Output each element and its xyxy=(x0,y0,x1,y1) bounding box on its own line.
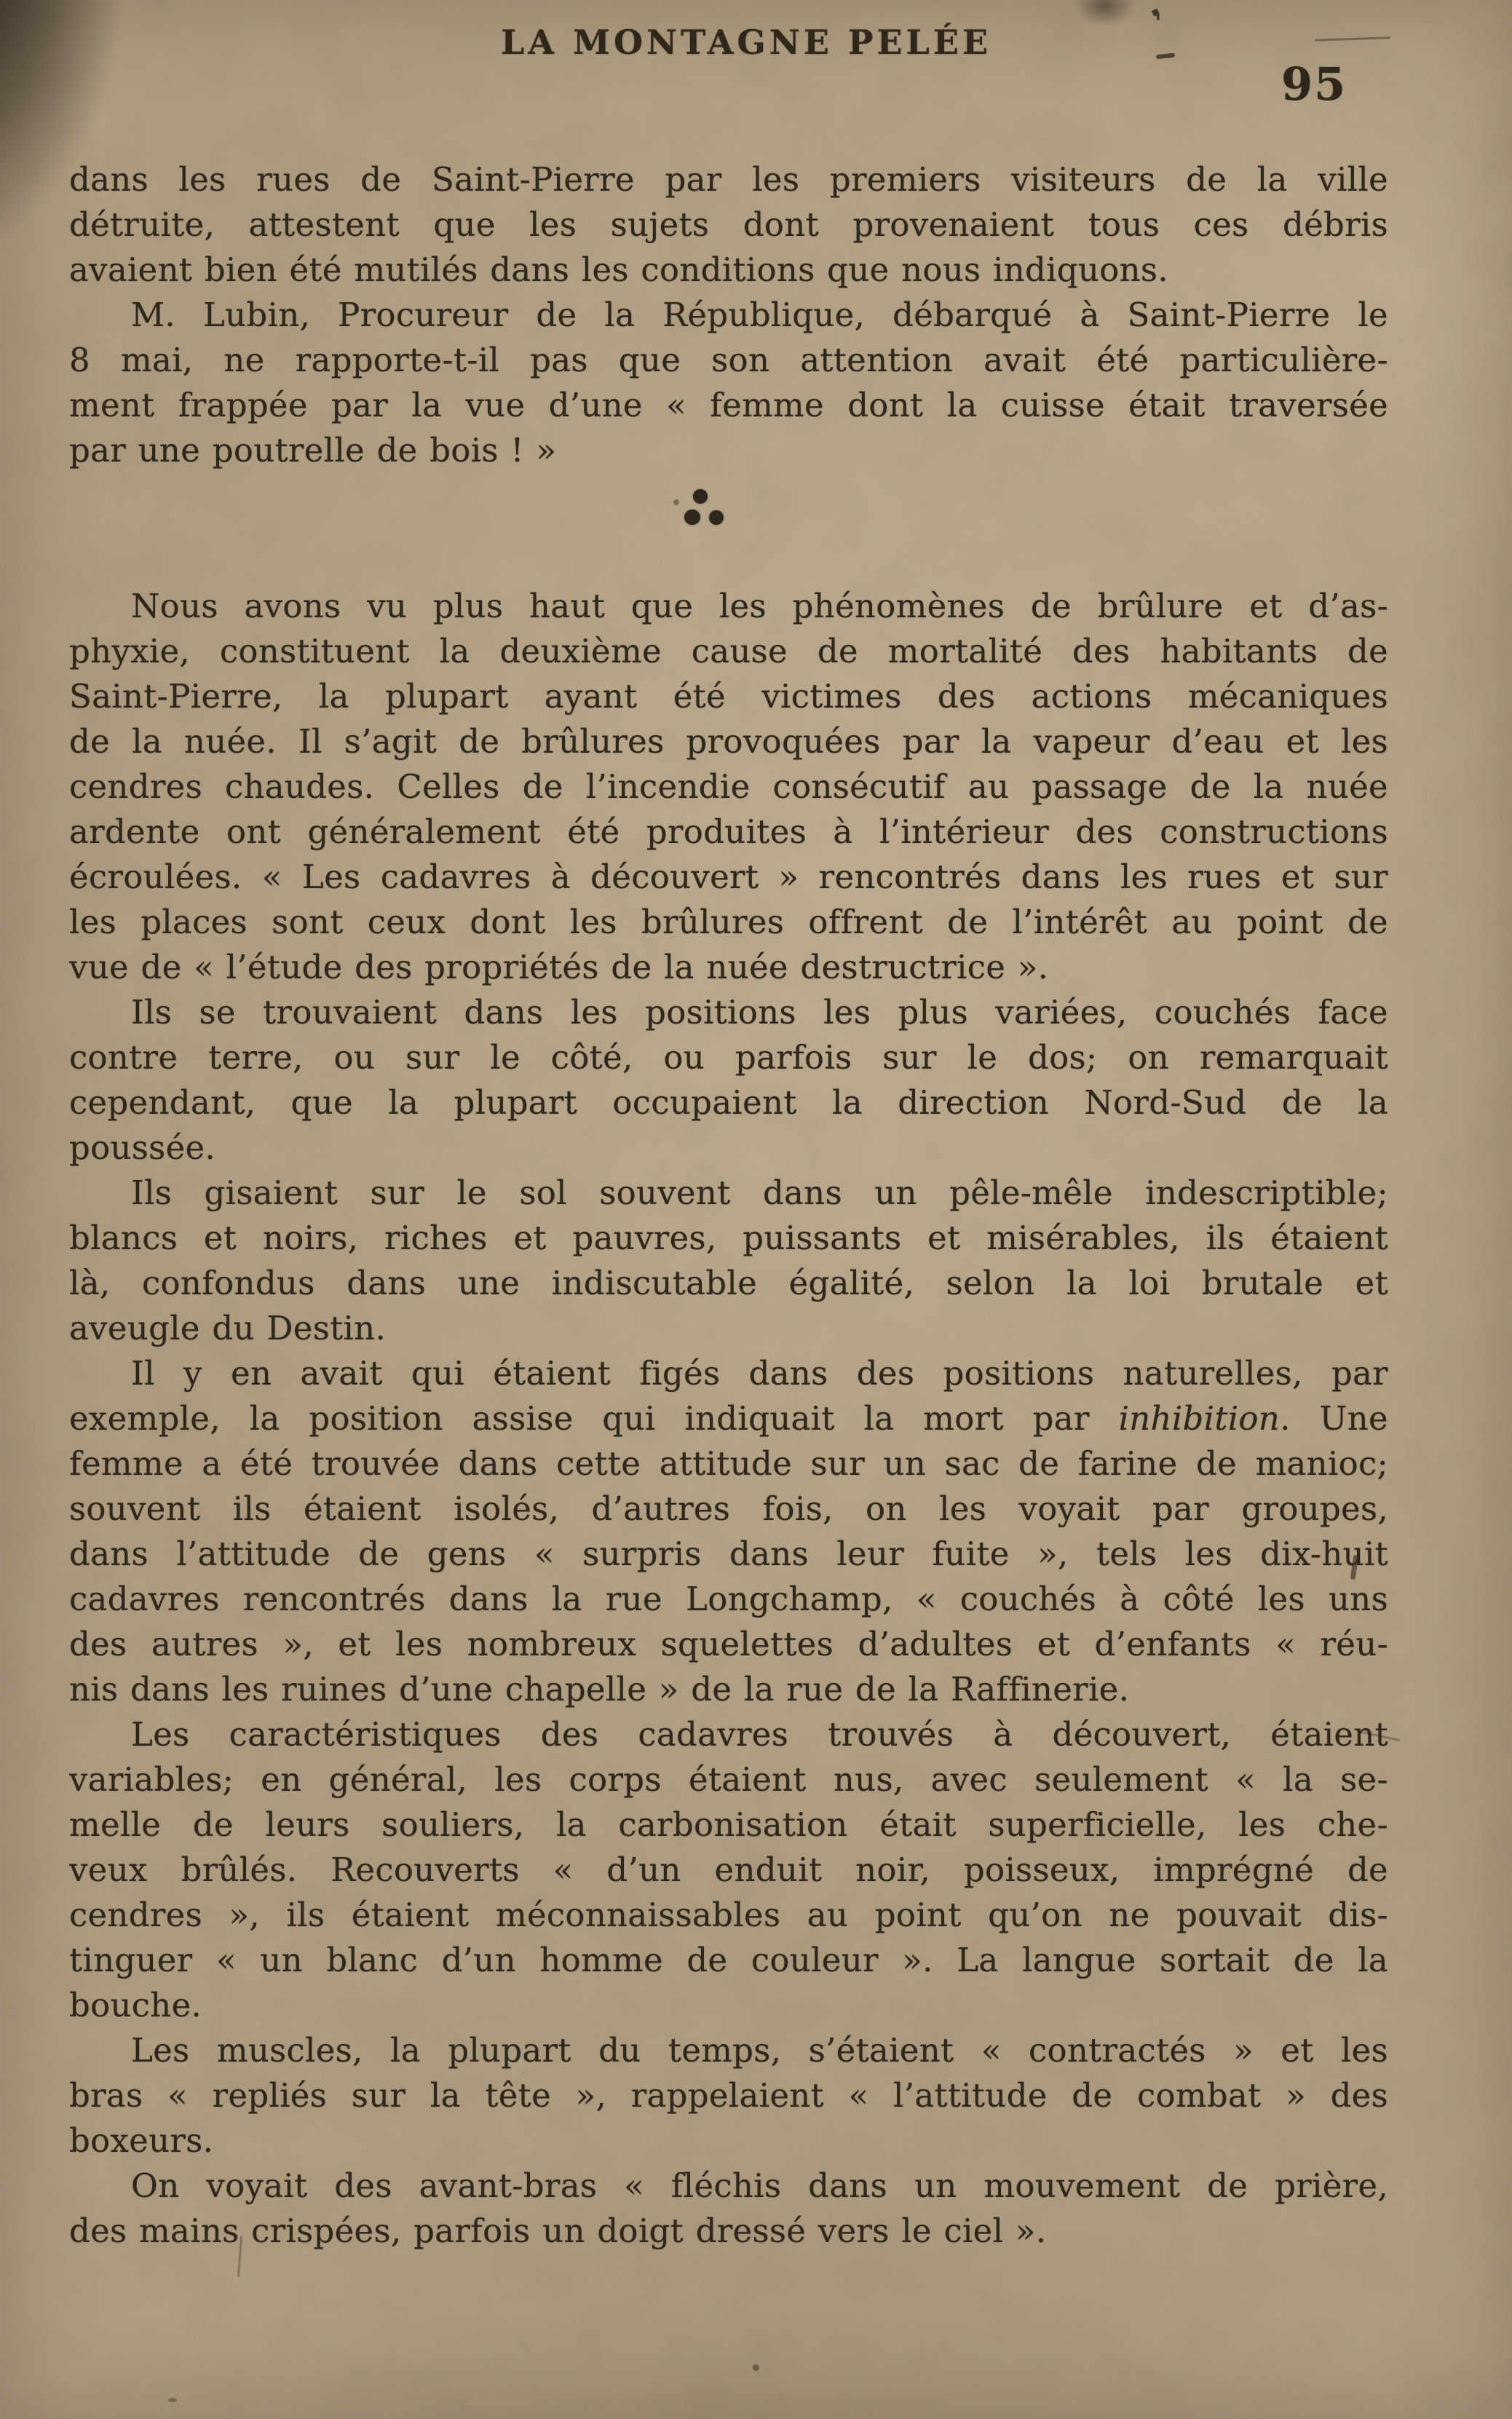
text-line: vue de « l’étude des propriétés de la nu… xyxy=(69,945,1388,990)
text-line: cependant, que la plupart occupaient la … xyxy=(69,1080,1388,1125)
text-line: Les caractéristiques des cadavres trouvé… xyxy=(69,1712,1388,1757)
stray-mark: ❜ xyxy=(1148,4,1172,39)
book-page: LA MONTAGNE PELÉE 95 dans les rues de Sa… xyxy=(0,0,1512,2419)
section-separator xyxy=(69,473,1388,584)
text-line: phyxie, constituent la deuxième cause de… xyxy=(69,629,1388,674)
text-line: femme a été trouvée dans cette attitude … xyxy=(69,1441,1388,1486)
paragraph: Ils se trouvaient dans les positions les… xyxy=(69,990,1388,1171)
text-line: Ils se trouvaient dans les positions les… xyxy=(69,990,1388,1035)
text-line: bouche. xyxy=(69,1983,1388,2028)
paragraph: Les muscles, la plupart du temps, s’étai… xyxy=(69,2028,1388,2163)
text-line: cendres chaudes. Celles de l’incendie co… xyxy=(69,764,1388,809)
text-line: M. Lubin, Procureur de la République, dé… xyxy=(69,293,1388,338)
text-line: cendres », ils étaient méconnaissables a… xyxy=(69,1893,1388,1938)
asterism-dot xyxy=(693,489,708,504)
text-line: Il y en avait qui étaient figés dans des… xyxy=(69,1351,1388,1396)
stray-mark xyxy=(1315,36,1390,41)
text-line: ment frappée par la vue d’une « femme do… xyxy=(69,383,1388,428)
text-line: contre terre, ou sur le côté, ou parfois… xyxy=(69,1035,1388,1080)
text-line: veux brûlés. Recouverts « d’un enduit no… xyxy=(69,1848,1388,1893)
text-line: nis dans les ruines d’une chapelle » de … xyxy=(69,1667,1388,1712)
text-line: les places sont ceux dont les brûlures o… xyxy=(69,900,1388,945)
asterism-dot xyxy=(684,510,700,525)
stray-mark xyxy=(1156,53,1175,60)
text-line: boxeurs. xyxy=(69,2118,1388,2163)
text-line: dans l’attitude de gens « surpris dans l… xyxy=(69,1532,1388,1577)
text-line: variables; en général, les corps étaient… xyxy=(69,1757,1388,1802)
text-line: Les muscles, la plupart du temps, s’étai… xyxy=(69,2028,1388,2073)
text-line: des autres », et les nombreux squelettes… xyxy=(69,1622,1388,1667)
text-line: Ils gisaient sur le sol souvent dans un … xyxy=(69,1171,1388,1216)
text-line: tinguer « un blanc d’un homme de couleur… xyxy=(69,1938,1388,1983)
paragraph: M. Lubin, Procureur de la République, dé… xyxy=(69,293,1388,473)
paragraph: Ils gisaient sur le sol souvent dans un … xyxy=(69,1171,1388,1351)
text-line: aveugle du Destin. xyxy=(69,1306,1388,1351)
asterism-dot xyxy=(709,510,724,525)
text-line: Nous avons vu plus haut que les phénomèn… xyxy=(69,584,1388,629)
text-line: de la nuée. Il s’agit de brûlures provoq… xyxy=(69,719,1388,764)
text-line: souvent ils étaient isolés, d’autres foi… xyxy=(69,1486,1388,1532)
text-line: dans les rues de Saint-Pierre par les pr… xyxy=(69,157,1388,202)
text-line: bras « repliés sur la tête », rappelaien… xyxy=(69,2073,1388,2118)
paragraph: Les caractéristiques des cadavres trouvé… xyxy=(69,1712,1388,2028)
paragraph: On voyait des avant-bras « fléchis dans … xyxy=(69,2163,1388,2254)
page-number: 95 xyxy=(1281,58,1347,111)
text-line: 8 mai, ne rapporte-t-il pas que son atte… xyxy=(69,338,1388,383)
running-head-title: LA MONTAGNE PELÉE xyxy=(501,22,991,63)
stray-mark xyxy=(168,2398,177,2402)
text-line: par une poutrelle de bois ! » xyxy=(69,428,1388,473)
text-line: écroulées. « Les cadavres à découvert » … xyxy=(69,855,1388,900)
text-line: Saint-Pierre, la plupart ayant été victi… xyxy=(69,674,1388,719)
book-title-text: LA MONTAGNE PELÉE xyxy=(501,23,991,62)
asterism-ornament xyxy=(684,489,728,527)
text-line: détruite, attestent que les sujets dont … xyxy=(69,202,1388,248)
text-line: là, confondus dans une indiscutable égal… xyxy=(69,1261,1388,1306)
text-line: blancs et noirs, riches et pauvres, puis… xyxy=(69,1216,1388,1261)
stray-mark xyxy=(673,499,679,505)
text-block: dans les rues de Saint-Pierre par les pr… xyxy=(69,157,1388,2254)
paragraph: dans les rues de Saint-Pierre par les pr… xyxy=(69,157,1388,293)
text-line: poussée. xyxy=(69,1125,1388,1171)
text-line: cadavres rencontrés dans la rue Longcham… xyxy=(69,1577,1388,1622)
text-line: avaient bien été mutilés dans les condit… xyxy=(69,248,1388,293)
text-line: On voyait des avant-bras « fléchis dans … xyxy=(69,2163,1388,2209)
stray-mark xyxy=(753,2364,759,2371)
paragraph: Il y en avait qui étaient figés dans des… xyxy=(69,1351,1388,1712)
text-line: exemple, la position assise qui indiquai… xyxy=(69,1396,1388,1441)
text-line: melle de leurs souliers, la carbonisatio… xyxy=(69,1802,1388,1848)
text-line: des mains crispées, parfois un doigt dre… xyxy=(69,2209,1388,2254)
text-line: ardente ont généralement été produites à… xyxy=(69,809,1388,855)
paragraph: Nous avons vu plus haut que les phénomèn… xyxy=(69,584,1388,990)
